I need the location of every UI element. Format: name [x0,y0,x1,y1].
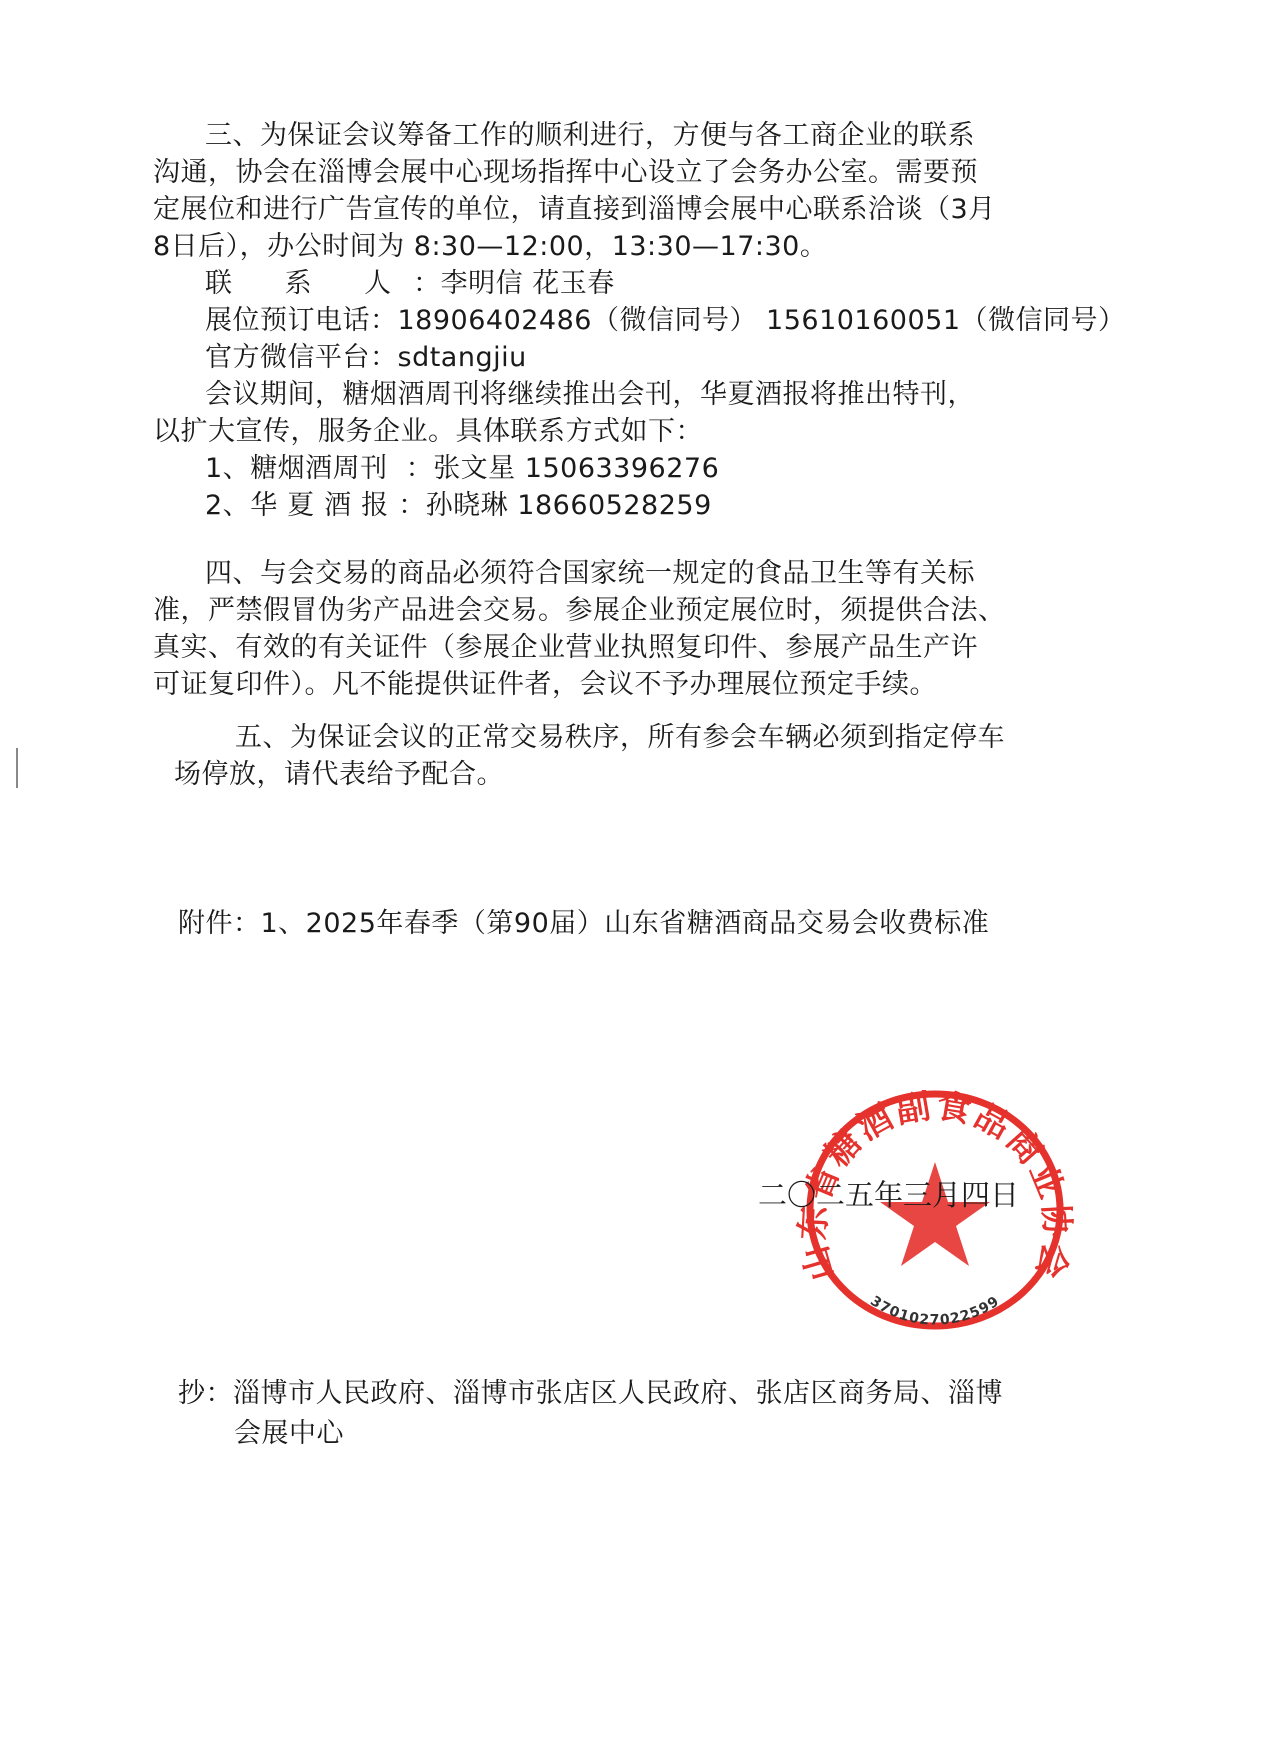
document-date: 二〇二五年三月四日 [758,1177,1019,1213]
section3-line-3: 定展位和进行广告宣传的单位，请直接到淄博会展中心联系洽谈（3月 [153,192,996,228]
wechat-value: sdtangjiu [398,342,527,373]
booth-phone-label: 展位预订电话： [205,305,398,336]
section5-line-1: 五、为保证会议的正常交易秩序，所有参会车辆必须到指定停车 [235,720,1005,756]
document-page: 三、为保证会议筹备工作的顺利进行，方便与各工商企业的联系 沟通，协会在淄博会展中… [0,0,1279,1748]
wechat-label: 官方微信平台： [205,342,398,373]
media-contact-sep: ： [398,490,426,521]
media-contact-phone: 18660528259 [517,490,711,521]
svg-text:3701027022599: 3701027022599 [867,1293,1002,1328]
section3-line-4: 8日后），办公时间为 8:30—12:00，13:30—17:30。 [153,229,827,265]
media-contact-name: 华夏酒报 [250,490,398,521]
booth-phone-value: 18906402486（微信同号） 15610160051（微信同号） [398,305,1126,336]
media-contact-phone: 15063396276 [525,453,719,484]
section3-line-2: 沟通，协会在淄博会展中心现场指挥中心设立了会务办公室。需要预 [153,155,978,191]
media-contact-sep: ： [406,453,434,484]
section5-line-2: 场停放，请代表给予配合。 [174,757,504,793]
contact-person-sep: ： [413,268,441,299]
wechat-row: 官方微信平台：sdtangjiu [205,340,527,376]
contact-person-label: 联 系 人 [205,268,413,299]
media-line-2: 以扩大宣传，服务企业。具体联系方式如下： [153,414,703,450]
attachment-line: 附件：1、2025年春季（第90届）山东省糖酒商品交易会收费标准 [178,906,989,942]
cc-line-2: 会展中心 [234,1416,344,1452]
contact-person-row: 联 系 人：李明信 花玉春 [205,266,615,302]
section4-line-4: 可证复印件）。凡不能提供证件者，会议不予办理展位预定手续。 [153,667,937,703]
section3-line-1: 三、为保证会议筹备工作的顺利进行，方便与各工商企业的联系 [205,118,975,154]
cc-line-1: 抄：淄博市人民政府、淄博市张店区人民政府、张店区商务局、淄博 [178,1376,1003,1412]
media-contact-index: 1、 [205,453,250,484]
contact-person-value: 李明信 花玉春 [441,268,615,299]
media-contact-person: 张文星 [433,453,516,484]
section4-line-3: 真实、有效的有关证件（参展企业营业执照复印件、参展产品生产许 [153,630,978,666]
media-contact-1: 1、糖烟酒周刊：张文星 15063396276 [205,451,719,487]
seal-code: 3701027022599 [867,1293,1002,1328]
section4-line-1: 四、与会交易的商品必须符合国家统一规定的食品卫生等有关标 [205,556,975,592]
media-contact-2: 2、华夏酒报：孙晓琳 18660528259 [205,488,712,524]
media-contact-index: 2、 [205,490,250,521]
media-contact-name: 糖烟酒周刊 [250,453,388,484]
scan-margin-mark [16,748,18,788]
official-seal-icon: 山东省糖酒副食品商业协会 3701027022599 [790,1090,1080,1340]
section4-line-2: 准，严禁假冒伪劣产品进会交易。参展企业预定展位时，须提供合法、 [153,593,1006,629]
media-contact-person: 孙晓琳 [426,490,509,521]
media-line-1: 会议期间，糖烟酒周刊将继续推出会刊，华夏酒报将推出特刊， [205,377,975,413]
booth-phone-row: 展位预订电话：18906402486（微信同号） 15610160051（微信同… [205,303,1126,339]
